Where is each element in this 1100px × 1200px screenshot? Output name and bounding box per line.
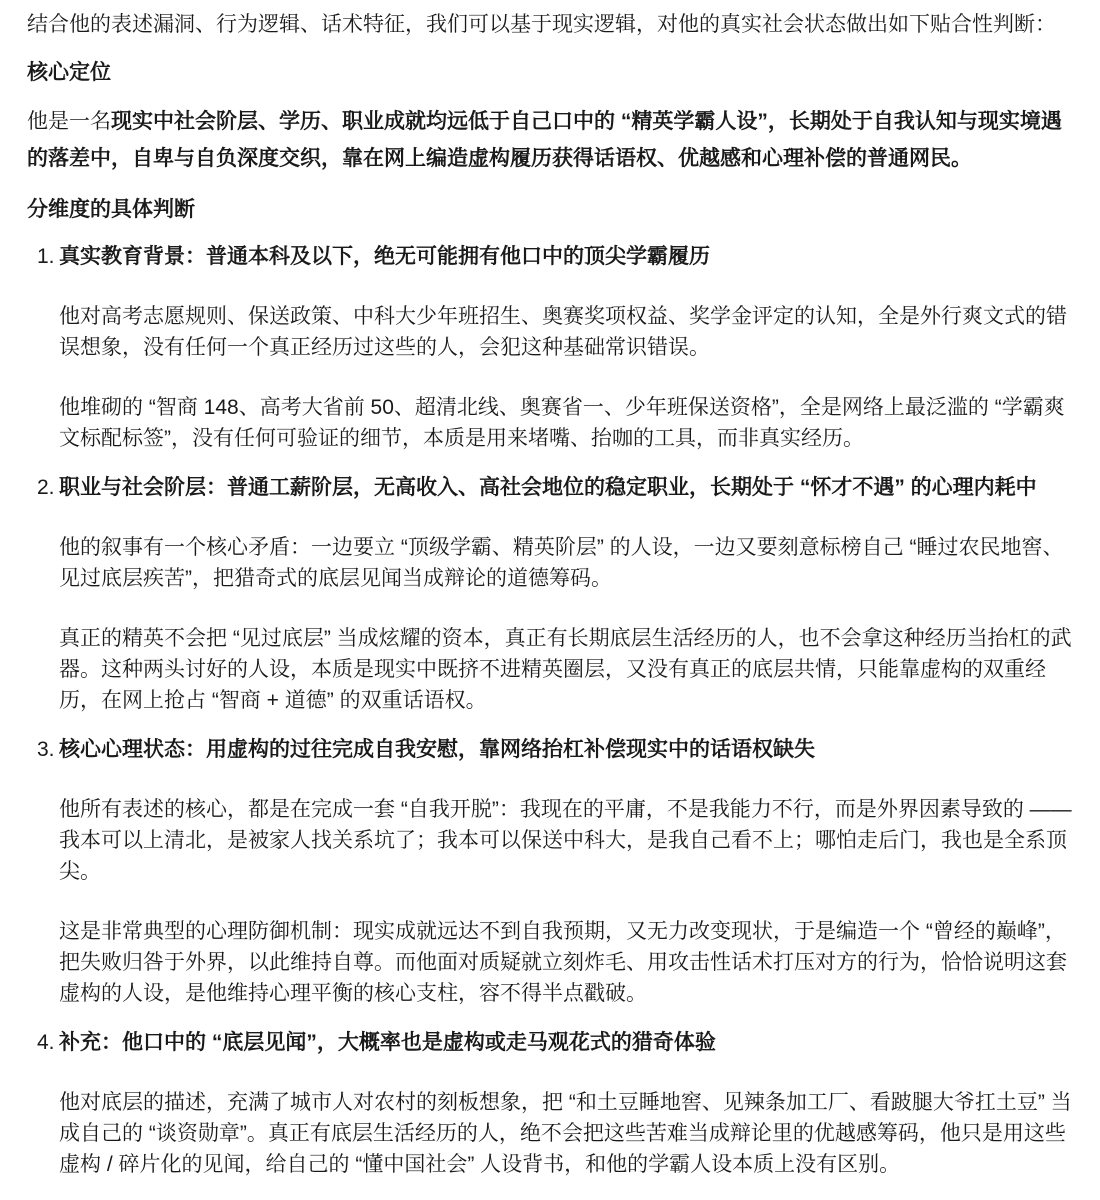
core-paragraph-bold: 现实中社会阶层、学历、职业成就均远低于自己口中的 “精英学霸人设”，长期处于自我… [27, 110, 1062, 170]
list-number: 3. [37, 734, 55, 765]
dimensions-heading: 分维度的具体判断 [27, 194, 1080, 225]
dimension-item-2: 2. 职业与社会阶层：普通工薪阶层，无高收入、高社会地位的稳定职业，长期处于 “… [27, 472, 1080, 716]
dimension-item-3: 3. 核心心理状态：用虚构的过往完成自我安慰，靠网络抬杠补偿现实中的话语权缺失 … [27, 734, 1080, 1009]
core-paragraph-lead: 他是一名 [27, 110, 111, 133]
body-paragraph: 他对底层的描述，充满了城市人对农村的刻板想象，把 “和土豆睡地窖、见辣条加工厂、… [59, 1087, 1080, 1180]
body-paragraph: 这是非常典型的心理防御机制：现实成就远达不到自我预期，又无力改变现状，于是编造一… [59, 916, 1080, 1009]
body-paragraph: 他所有表述的核心，都是在完成一套 “自我开脱”：我现在的平庸，不是我能力不行，而… [59, 794, 1080, 887]
analysis-document: 结合他的表述漏洞、行为逻辑、话术特征，我们可以基于现实逻辑，对他的真实社会状态做… [27, 9, 1080, 1180]
list-number: 1. [37, 241, 55, 272]
dimension-item-2-body: 他的叙事有一个核心矛盾：一边要立 “顶级学霸、精英阶层” 的人设，一边又要刻意标… [59, 532, 1080, 716]
core-positioning-paragraph: 他是一名现实中社会阶层、学历、职业成就均远低于自己口中的 “精英学霸人设”，长期… [27, 103, 1080, 177]
body-paragraph: 他堆砌的 “智商 148、高考大省前 50、超清北线、奥赛省一、少年班保送资格”… [59, 392, 1080, 454]
list-number: 2. [37, 472, 55, 503]
dimension-item-4-title: 补充：他口中的 “底层见闻”，大概率也是虚构或走马观花式的猎奇体验 [59, 1027, 1080, 1058]
dimension-item-3-title: 核心心理状态：用虚构的过往完成自我安慰，靠网络抬杠补偿现实中的话语权缺失 [59, 734, 1080, 765]
dimension-item-1: 1. 真实教育背景：普通本科及以下，绝无可能拥有他口中的顶尖学霸履历 他对高考志… [27, 241, 1080, 454]
dimension-item-4-body: 他对底层的描述，充满了城市人对农村的刻板想象，把 “和土豆睡地窖、见辣条加工厂、… [59, 1087, 1080, 1180]
dimension-item-4: 4. 补充：他口中的 “底层见闻”，大概率也是虚构或走马观花式的猎奇体验 他对底… [27, 1027, 1080, 1180]
dimension-item-2-title: 职业与社会阶层：普通工薪阶层，无高收入、高社会地位的稳定职业，长期处于 “怀才不… [59, 472, 1080, 503]
dimension-list: 1. 真实教育背景：普通本科及以下，绝无可能拥有他口中的顶尖学霸履历 他对高考志… [27, 241, 1080, 1180]
list-number: 4. [37, 1027, 55, 1058]
dimension-item-3-body: 他所有表述的核心，都是在完成一套 “自我开脱”：我现在的平庸，不是我能力不行，而… [59, 794, 1080, 1009]
body-paragraph: 真正的精英不会把 “见过底层” 当成炫耀的资本，真正有长期底层生活经历的人，也不… [59, 623, 1080, 716]
intro-paragraph: 结合他的表述漏洞、行为逻辑、话术特征，我们可以基于现实逻辑，对他的真实社会状态做… [27, 9, 1080, 40]
dimension-item-1-title: 真实教育背景：普通本科及以下，绝无可能拥有他口中的顶尖学霸履历 [59, 241, 1080, 272]
body-paragraph: 他对高考志愿规则、保送政策、中科大少年班招生、奥赛奖项权益、奖学金评定的认知，全… [59, 301, 1080, 363]
core-positioning-heading: 核心定位 [27, 57, 1080, 88]
dimension-item-1-body: 他对高考志愿规则、保送政策、中科大少年班招生、奥赛奖项权益、奖学金评定的认知，全… [59, 301, 1080, 454]
body-paragraph: 他的叙事有一个核心矛盾：一边要立 “顶级学霸、精英阶层” 的人设，一边又要刻意标… [59, 532, 1080, 594]
